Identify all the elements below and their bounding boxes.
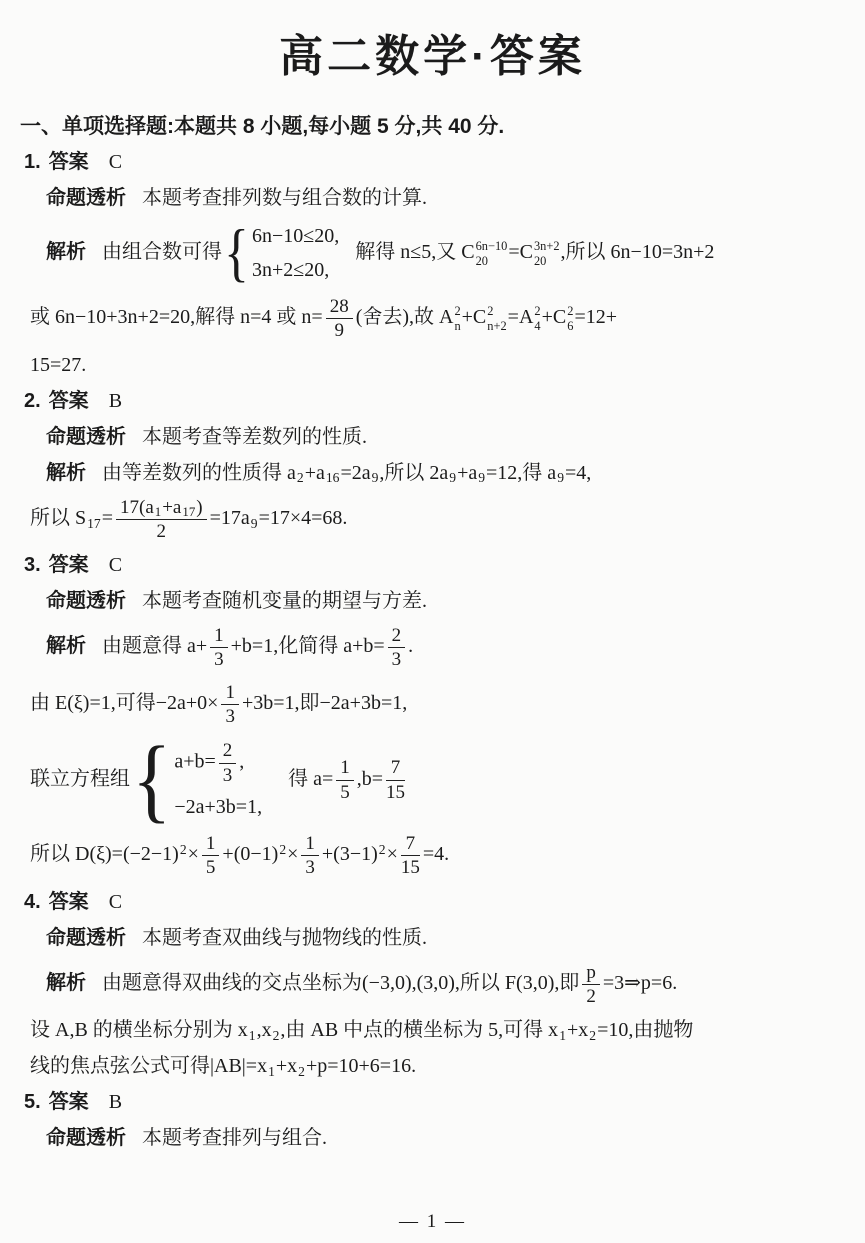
- question-block: 1.答案C命题透析本题考查排列数与组合数的计算.解析由组合数可得{6n−10≤2…: [0, 149, 865, 379]
- document-page: 高二数学·答案 一、单项选择题:本题共 8 小题,每小题 5 分,共 40 分.…: [0, 0, 865, 1243]
- math-line: 所以 D(ξ)=(−2−1)2×15+(0−1)2×13+(3−1)2×715=…: [30, 843, 449, 865]
- answer-line: 4.答案C: [0, 889, 865, 916]
- analysis-line: 解析由组合数可得{6n−10≤20,3n+2≤20, 解得 n≤5,又 C6n−…: [0, 221, 865, 286]
- topic-line: 命题透析本题考查等差数列的性质.: [0, 424, 865, 451]
- analysis-line: 线的焦点弦公式可得|AB|=x1+x2+p=10+6=16.: [0, 1053, 865, 1080]
- answer-label: 答案: [49, 390, 89, 412]
- topic-text: 本题考查排列数与组合数的计算.: [142, 187, 427, 209]
- math-line: 线的焦点弦公式可得|AB|=x1+x2+p=10+6=16.: [30, 1055, 416, 1077]
- questions: 1.答案C命题透析本题考查排列数与组合数的计算.解析由组合数可得{6n−10≤2…: [0, 149, 865, 1152]
- analysis-line: 15=27.: [0, 352, 865, 379]
- answer-label: 答案: [49, 151, 89, 173]
- answer-value: C: [109, 891, 122, 913]
- topic-line: 命题透析本题考查随机变量的期望与方差.: [0, 588, 865, 615]
- answer-label: 答案: [49, 1091, 89, 1113]
- math-line: 由等差数列的性质得 a2+a16=2a9,所以 2a9+a9=12,得 a9=4…: [102, 462, 591, 484]
- analysis-line: 所以 S17=17(a1+a17)2=17a9=17×4=68.: [0, 496, 865, 544]
- question-number: 1.: [24, 151, 41, 173]
- analysis-line: 解析由题意得 a+13+b=1,化简得 a+b=23.: [0, 624, 865, 672]
- answer-label: 答案: [49, 891, 89, 913]
- analysis-line: 或 6n−10+3n+2=20,解得 n=4 或 n=289(舍去),故 A2n…: [0, 295, 865, 343]
- question-number: 4.: [24, 891, 41, 913]
- topic-line: 命题透析本题考查排列与组合.: [0, 1125, 865, 1152]
- section-header: 一、单项选择题:本题共 8 小题,每小题 5 分,共 40 分.: [20, 110, 845, 140]
- answer-value: C: [109, 554, 122, 576]
- analysis-line: 解析由等差数列的性质得 a2+a16=2a9,所以 2a9+a9=12,得 a9…: [0, 460, 865, 487]
- question-block: 5.答案B命题透析本题考查排列与组合.: [0, 1089, 865, 1152]
- answer-line: 1.答案C: [0, 149, 865, 176]
- topic-line: 命题透析本题考查双曲线与抛物线的性质.: [0, 925, 865, 952]
- topic-line: 命题透析本题考查排列数与组合数的计算.: [0, 185, 865, 212]
- topic-label: 命题透析: [46, 1127, 126, 1149]
- math-line: 由题意得双曲线的交点坐标为(−3,0),(3,0),所以 F(3,0),即p2=…: [102, 972, 677, 994]
- analysis-line: 所以 D(ξ)=(−2−1)2×15+(0−1)2×13+(3−1)2×715=…: [0, 832, 865, 880]
- answer-line: 2.答案B: [0, 388, 865, 415]
- math-line: 由组合数可得{6n−10≤20,3n+2≤20, 解得 n≤5,又 C6n−10…: [102, 241, 714, 263]
- analysis-label: 解析: [46, 462, 86, 484]
- answer-line: 3.答案C: [0, 552, 865, 579]
- answer-label: 答案: [49, 554, 89, 576]
- answer-value: B: [109, 390, 122, 412]
- analysis-line: 联立方程组{a+b=23,−2a+3b=1, 得 a=15,b=715: [0, 737, 865, 823]
- math-line: 由题意得 a+13+b=1,化简得 a+b=23.: [102, 635, 413, 657]
- answer-value: C: [109, 151, 122, 173]
- page-title: 高二数学·答案: [0, 0, 865, 84]
- math-line: 或 6n−10+3n+2=20,解得 n=4 或 n=289(舍去),故 A2n…: [30, 306, 617, 328]
- analysis-line: 由 E(ξ)=1,可得−2a+0×13+3b=1,即−2a+3b=1,: [0, 681, 865, 729]
- math-line: 联立方程组{a+b=23,−2a+3b=1, 得 a=15,b=715: [30, 768, 408, 790]
- topic-text: 本题考查随机变量的期望与方差.: [142, 590, 427, 612]
- analysis-label: 解析: [46, 972, 86, 994]
- question-number: 2.: [24, 390, 41, 412]
- question-number: 3.: [24, 554, 41, 576]
- page-number: — 1 —: [0, 1211, 865, 1233]
- topic-text: 本题考查等差数列的性质.: [142, 426, 367, 448]
- topic-label: 命题透析: [46, 187, 126, 209]
- topic-label: 命题透析: [46, 426, 126, 448]
- math-line: 由 E(ξ)=1,可得−2a+0×13+3b=1,即−2a+3b=1,: [30, 692, 407, 714]
- analysis-line: 解析由题意得双曲线的交点坐标为(−3,0),(3,0),所以 F(3,0),即p…: [0, 961, 865, 1009]
- math-line: 15=27.: [30, 354, 86, 376]
- answer-line: 5.答案B: [0, 1089, 865, 1116]
- topic-text: 本题考查排列与组合.: [142, 1127, 327, 1149]
- analysis-line: 设 A,B 的横坐标分别为 x1,x2,由 AB 中点的横坐标为 5,可得 x1…: [0, 1017, 865, 1044]
- topic-label: 命题透析: [46, 927, 126, 949]
- topic-text: 本题考查双曲线与抛物线的性质.: [142, 927, 427, 949]
- topic-label: 命题透析: [46, 590, 126, 612]
- question-block: 4.答案C命题透析本题考查双曲线与抛物线的性质.解析由题意得双曲线的交点坐标为(…: [0, 889, 865, 1081]
- math-line: 设 A,B 的横坐标分别为 x1,x2,由 AB 中点的横坐标为 5,可得 x1…: [30, 1019, 693, 1041]
- analysis-label: 解析: [46, 241, 86, 263]
- answer-value: B: [109, 1091, 122, 1113]
- question-number: 5.: [24, 1091, 41, 1113]
- math-line: 所以 S17=17(a1+a17)2=17a9=17×4=68.: [30, 507, 347, 529]
- question-block: 2.答案B命题透析本题考查等差数列的性质.解析由等差数列的性质得 a2+a16=…: [0, 388, 865, 544]
- question-block: 3.答案C命题透析本题考查随机变量的期望与方差.解析由题意得 a+13+b=1,…: [0, 552, 865, 880]
- analysis-label: 解析: [46, 635, 86, 657]
